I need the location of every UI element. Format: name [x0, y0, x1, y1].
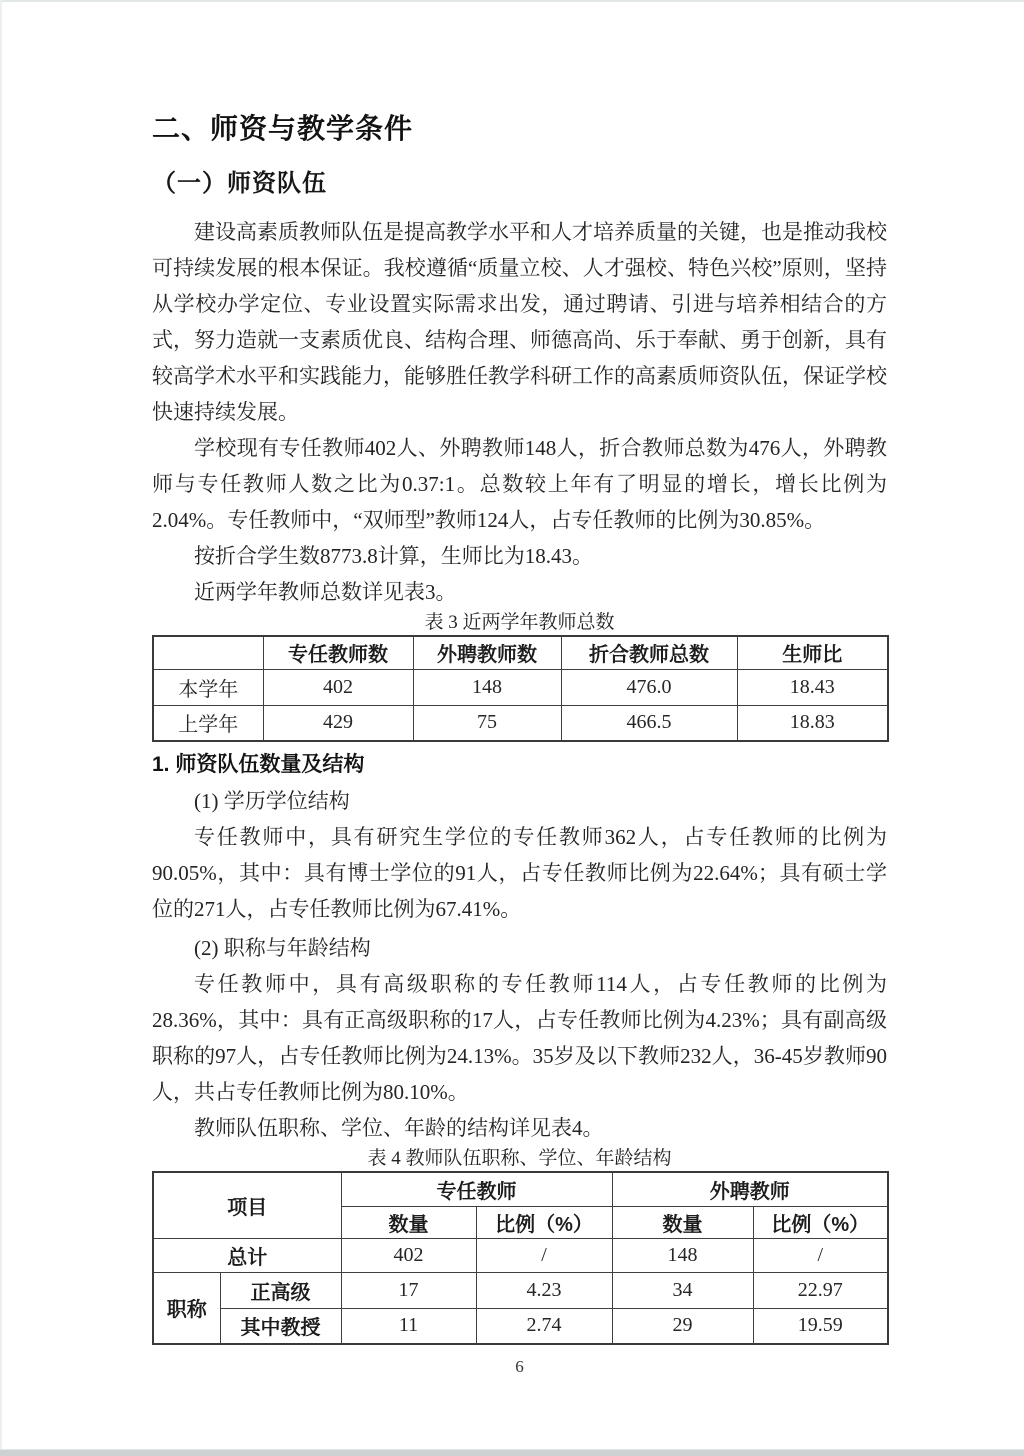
paragraph-teacher-counts: 学校现有专任教师402人、外聘教师148人，折合教师总数为476人，外聘教师与专… [152, 430, 887, 538]
t3-cell: 466.5 [561, 705, 737, 741]
table-row: 项目 专任教师 外聘教师 [153, 1172, 888, 1206]
t4-cell: 402 [341, 1238, 476, 1272]
t3-header-converted-total: 折合教师总数 [561, 636, 737, 669]
sub-item-2-title-age-structure: (2) 职称与年龄结构 [152, 931, 887, 966]
table-row: 职称 正高级 17 4.23 34 22.97 [153, 1272, 888, 1308]
table-row: 专任教师数 外聘教师数 折合教师总数 生师比 [153, 636, 888, 669]
t3-header-fulltime: 专任教师数 [263, 636, 413, 669]
t4-cell: 22.97 [753, 1272, 888, 1308]
t4-cell: 34 [612, 1272, 753, 1308]
t4-cell: 17 [341, 1272, 476, 1308]
table-teacher-totals: 专任教师数 外聘教师数 折合教师总数 生师比 本学年 402 148 476.0… [152, 635, 889, 742]
t4-header-ft-qty: 数量 [341, 1206, 476, 1238]
table-row: 总计 402 / 148 / [153, 1238, 888, 1272]
t4-cell: 29 [612, 1308, 753, 1344]
t4-cell: / [476, 1238, 612, 1272]
table-row: 其中教授 11 2.74 29 19.59 [153, 1308, 888, 1344]
t3-cell: 18.83 [737, 705, 888, 741]
paragraph-see-table3: 近两学年教师总数详见表3。 [152, 574, 887, 610]
section-heading-faculty: （一）师资队伍 [152, 168, 887, 200]
t4-row-label-professor: 其中教授 [220, 1308, 341, 1344]
scan-bottom-edge [0, 1449, 1024, 1456]
page-title: 二、师资与教学条件 [152, 112, 887, 146]
paragraph-faculty-intro: 建设高素质教师队伍是提高教学水平和人才培养质量的关键，也是推动我校可持续发展的根… [152, 214, 887, 430]
t4-cell: 11 [341, 1308, 476, 1344]
t3-row-label-current-year: 本学年 [153, 669, 263, 705]
t4-header-external-group: 外聘教师 [612, 1172, 888, 1206]
scanned-document-page: 二、师资与教学条件 （一）师资队伍 建设高素质教师队伍是提高教学水平和人才培养质… [0, 0, 1024, 1456]
page-content: 二、师资与教学条件 （一）师资队伍 建设高素质教师队伍是提高教学水平和人才培养质… [152, 0, 887, 1377]
t4-header-ext-qty: 数量 [612, 1206, 753, 1238]
paragraph-title-age-structure: 专任教师中，具有高级职称的专任教师114人，占专任教师的比例为28.36%，其中… [152, 966, 887, 1110]
t3-corner-cell [153, 636, 263, 669]
page-number: 6 [152, 1357, 887, 1377]
t4-header-item: 项目 [153, 1172, 341, 1238]
t4-cell: 19.59 [753, 1308, 888, 1344]
table4-caption: 表 4 教师队伍职称、学位、年龄结构 [152, 1146, 887, 1171]
t4-cell: 4.23 [476, 1272, 612, 1308]
t4-cell: 2.74 [476, 1308, 612, 1344]
t3-cell: 429 [263, 705, 413, 741]
t3-header-ratio: 生师比 [737, 636, 888, 669]
sub-item-1-degree-structure: (1) 学历学位结构 [152, 784, 887, 819]
paragraph-student-teacher-ratio: 按折合学生数8773.8计算，生师比为18.43。 [152, 538, 887, 574]
subsection-1-heading: 1. 师资队伍数量及结构 [152, 750, 887, 780]
t3-cell: 18.43 [737, 669, 888, 705]
table-row: 上学年 429 75 466.5 18.83 [153, 705, 888, 741]
table-faculty-structure: 项目 专任教师 外聘教师 数量 比例（%） 数量 比例（%） 总计 402 / … [152, 1171, 889, 1345]
t4-header-ft-pct: 比例（%） [476, 1206, 612, 1238]
t4-cell: 148 [612, 1238, 753, 1272]
paragraph-degree-structure: 专任教师中，具有研究生学位的专任教师362人，占专任教师的比例为90.05%，其… [152, 819, 887, 927]
t4-header-fulltime-group: 专任教师 [341, 1172, 612, 1206]
t4-group-label-title: 职称 [153, 1272, 220, 1344]
t4-header-ext-pct: 比例（%） [753, 1206, 888, 1238]
t3-row-label-previous-year: 上学年 [153, 705, 263, 741]
t3-cell: 75 [413, 705, 561, 741]
t3-header-external: 外聘教师数 [413, 636, 561, 669]
t3-cell: 148 [413, 669, 561, 705]
scan-left-edge [0, 0, 2, 1456]
t3-cell: 402 [263, 669, 413, 705]
table-row: 本学年 402 148 476.0 18.43 [153, 669, 888, 705]
t4-cell: / [753, 1238, 888, 1272]
table3-caption: 表 3 近两学年教师总数 [152, 610, 887, 635]
t3-cell: 476.0 [561, 669, 737, 705]
t4-row-label-senior: 正高级 [220, 1272, 341, 1308]
paragraph-see-table4: 教师队伍职称、学位、年龄的结构详见表4。 [152, 1110, 887, 1146]
t4-row-label-total: 总计 [153, 1238, 341, 1272]
